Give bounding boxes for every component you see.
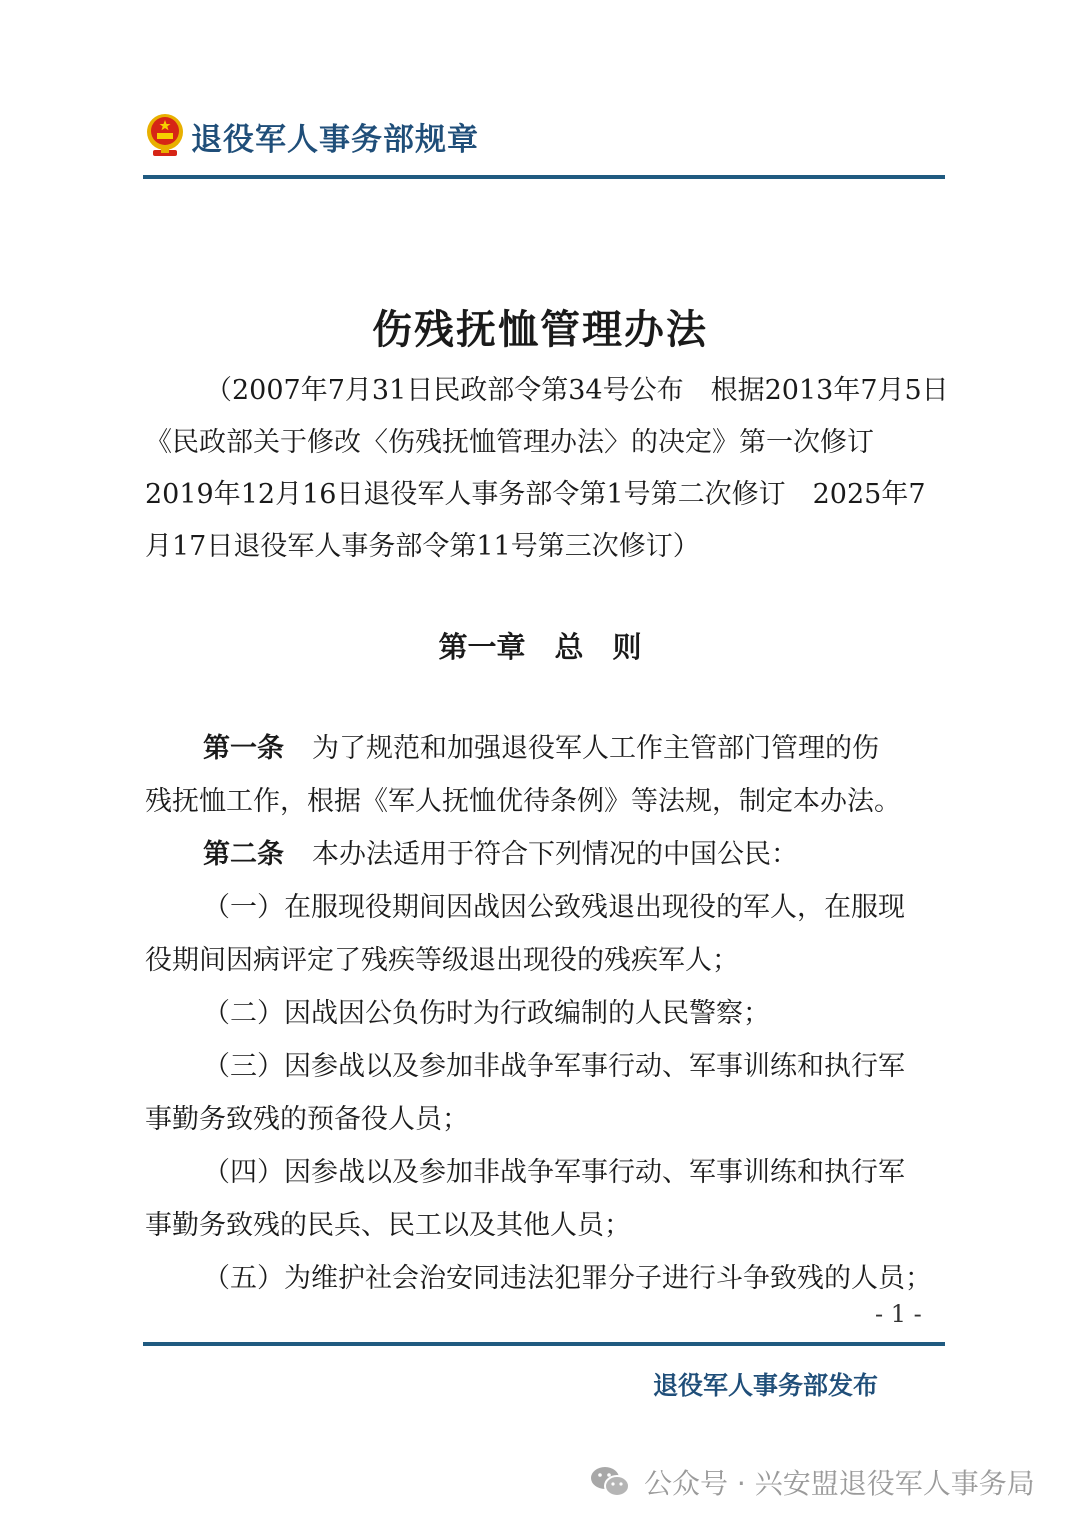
note-line: 《民政部关于修改〈伤残抚恤管理办法〉的决定》第一次修订 [145, 417, 945, 469]
page-header: 退役军人事务部规章 [145, 112, 479, 160]
paragraph-text: 残抚恤工作，根据《军人抚恤优待条例》等法规，制定本办法。 [145, 786, 901, 817]
paragraph-text: （四）因参战以及参加非战争军事行动、军事训练和执行军 [203, 1157, 905, 1188]
paragraph-line: 事勤务致残的预备役人员； [145, 1093, 945, 1146]
paragraph-text: （三）因参战以及参加非战争军事行动、军事训练和执行军 [203, 1051, 905, 1082]
paragraph-line: （五）为维护社会治安同违法犯罪分子进行斗争致残的人员； [145, 1252, 945, 1305]
document-title: 伤残抚恤管理办法 [0, 298, 1080, 355]
paragraph-text: （五）为维护社会治安同违法犯罪分子进行斗争致残的人员； [203, 1263, 932, 1294]
header-title: 退役军人事务部规章 [191, 114, 479, 159]
header-divider [143, 175, 945, 179]
paragraph-line: 事勤务致残的民兵、民工以及其他人员； [145, 1199, 945, 1252]
paragraph-line: 第二条本办法适用于符合下列情况的中国公民： [145, 828, 945, 881]
document-body: 第一条为了规范和加强退役军人工作主管部门管理的伤 残抚恤工作，根据《军人抚恤优待… [145, 722, 945, 1305]
article-label: 第一条 [203, 733, 284, 764]
watermark-text: 公众号 · 兴安盟退役军人事务局 [644, 1462, 1035, 1502]
publisher-label: 退役军人事务部发布 [653, 1366, 878, 1402]
watermark: 公众号 · 兴安盟退役军人事务局 [590, 1462, 1035, 1502]
article-label: 第二条 [203, 839, 284, 870]
chapter-heading: 第一章 总 则 [0, 625, 1080, 666]
paragraph-text: 为了规范和加强退役军人工作主管部门管理的伤 [312, 733, 879, 764]
national-emblem-icon [145, 112, 185, 160]
note-line: 月17日退役军人事务部令第11号第三次修订） [145, 521, 945, 573]
paragraph-text: 本办法适用于符合下列情况的中国公民： [312, 839, 798, 870]
paragraph-line: 役期间因病评定了残疾等级退出现役的残疾军人； [145, 934, 945, 987]
paragraph-line: （一）在服现役期间因战因公致残退出现役的军人，在服现 [145, 881, 945, 934]
footer-divider [143, 1342, 945, 1346]
paragraph-text: 事勤务致残的民兵、民工以及其他人员； [145, 1210, 631, 1241]
revision-note: （2007年7月31日民政部令第34号公布 根据2013年7月5日 《民政部关于… [145, 365, 945, 573]
paragraph-line: 第一条为了规范和加强退役军人工作主管部门管理的伤 [145, 722, 945, 775]
paragraph-line: 残抚恤工作，根据《军人抚恤优待条例》等法规，制定本办法。 [145, 775, 945, 828]
paragraph-text: 役期间因病评定了残疾等级退出现役的残疾军人； [145, 945, 739, 976]
paragraph-text: （一）在服现役期间因战因公致残退出现役的军人，在服现 [203, 892, 905, 923]
page-number: - 1 - [875, 1300, 922, 1328]
wechat-icon [590, 1465, 630, 1499]
paragraph-line: （二）因战因公负伤时为行政编制的人民警察； [145, 987, 945, 1040]
paragraph-text: 事勤务致残的预备役人员； [145, 1104, 469, 1135]
note-line: 2019年12月16日退役军人事务部令第1号第二次修订 2025年7 [145, 469, 945, 521]
note-line: （2007年7月31日民政部令第34号公布 根据2013年7月5日 [145, 365, 945, 417]
paragraph-text: （二）因战因公负伤时为行政编制的人民警察； [203, 998, 770, 1029]
paragraph-line: （三）因参战以及参加非战争军事行动、军事训练和执行军 [145, 1040, 945, 1093]
paragraph-line: （四）因参战以及参加非战争军事行动、军事训练和执行军 [145, 1146, 945, 1199]
